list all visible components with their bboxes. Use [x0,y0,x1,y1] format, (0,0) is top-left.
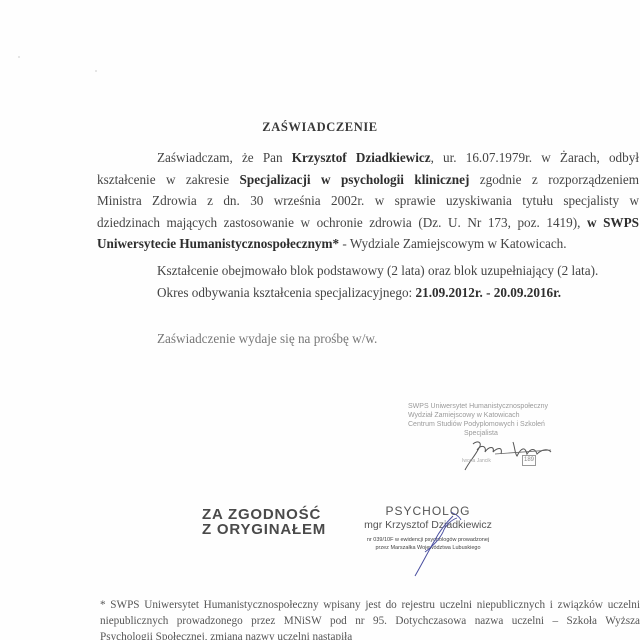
paragraph-line-2: kształcenie w zakresie Specjalizacji w p… [97,169,639,191]
duration-paragraph: Kształcenie obejmowało blok podstawowy (… [157,260,617,303]
footnote-line-2: niepublicznych prowadzonego przez MNiSW … [100,613,640,629]
text-segment: kształcenie w zakresie [97,172,240,187]
certified-copy-stamp: ZA ZGODNOŚĆ Z ORYGINAŁEM [202,507,326,537]
text-segment: Zaświadczam, że Pan [157,150,292,165]
program-blocks-line: Kształcenie obejmowało blok podstawowy (… [157,260,617,282]
text-segment: - Wydziale Zamiejscowym w Katowicach. [339,236,566,251]
stamp-line-3: Centrum Studiów Podyplomowych i Szkoleń [408,420,518,429]
paragraph-line-1: Zaświadczam, że Pan Krzysztof Dziadkiewi… [97,147,639,169]
footnote-line-1: * SWPS Uniwersytet Humanistycznospołeczn… [100,597,640,613]
text-segment: Ministra Zdrowia z dn. 30 września 2002r… [97,193,639,208]
text-segment: , ur. 16.07.1979r. w Żarach, odbył [431,150,639,165]
stamp-line-2: Wydział Zamiejscowy w Katowicach [408,411,518,420]
certified-line-1: ZA ZGODNOŚĆ [202,507,326,522]
document-title: ZAŚWIADCZENIE [0,120,640,135]
stamp-signer-name: Iwona Jancik [462,458,491,464]
signature-icon [455,432,555,472]
stamp-number: 189 [522,455,536,466]
stamp-line-1: SWPS Uniwersytet Humanistycznospołeczny [408,402,518,411]
paragraph-line-3: Ministra Zdrowia z dn. 30 września 2002r… [97,190,639,212]
scan-speck [18,56,20,58]
signature-icon [395,510,475,580]
paragraph-line-4: dziedzinach mających zastosowanie w ochr… [97,212,639,234]
period-label: Okres odbywania kształcenia specjalizacy… [157,285,416,300]
text-segment: zgodnie z rozporządzeniem [469,172,639,187]
swps-stamp: SWPS Uniwersytet Humanistycznospołeczny … [408,402,518,429]
paragraph-line-5: Uniwersytecie Humanistycznospołecznym* -… [97,233,639,255]
period-dates: 21.09.2012r. - 20.09.2016r. [416,285,562,300]
institution-name: Uniwersytecie Humanistycznospołecznym* [97,236,339,251]
institution-bold: w SWPS [587,215,639,230]
certified-line-2: Z ORYGINAŁEM [202,522,326,537]
person-name: Krzysztof Dziadkiewicz [292,150,431,165]
request-note: Zaświadczenie wydaje się na prośbę w/w. [157,328,457,350]
footnote-line-3: Psychologii Społecznej, zmiana nazwy ucz… [100,629,640,640]
document-page: ZAŚWIADCZENIE Zaświadczam, że Pan Krzysz… [0,0,640,640]
main-paragraph: Zaświadczam, że Pan Krzysztof Dziadkiewi… [97,147,639,255]
request-note-text: Zaświadczenie wydaje się na prośbę w/w. [157,328,457,350]
text-segment: dziedzinach mających zastosowanie w ochr… [97,215,587,230]
footnote: * SWPS Uniwersytet Humanistycznospołeczn… [100,597,640,640]
specialization-name: Specjalizacji w psychologii klinicznej [240,172,470,187]
period-line: Okres odbywania kształcenia specjalizacy… [157,282,617,304]
scan-speck [95,70,97,72]
